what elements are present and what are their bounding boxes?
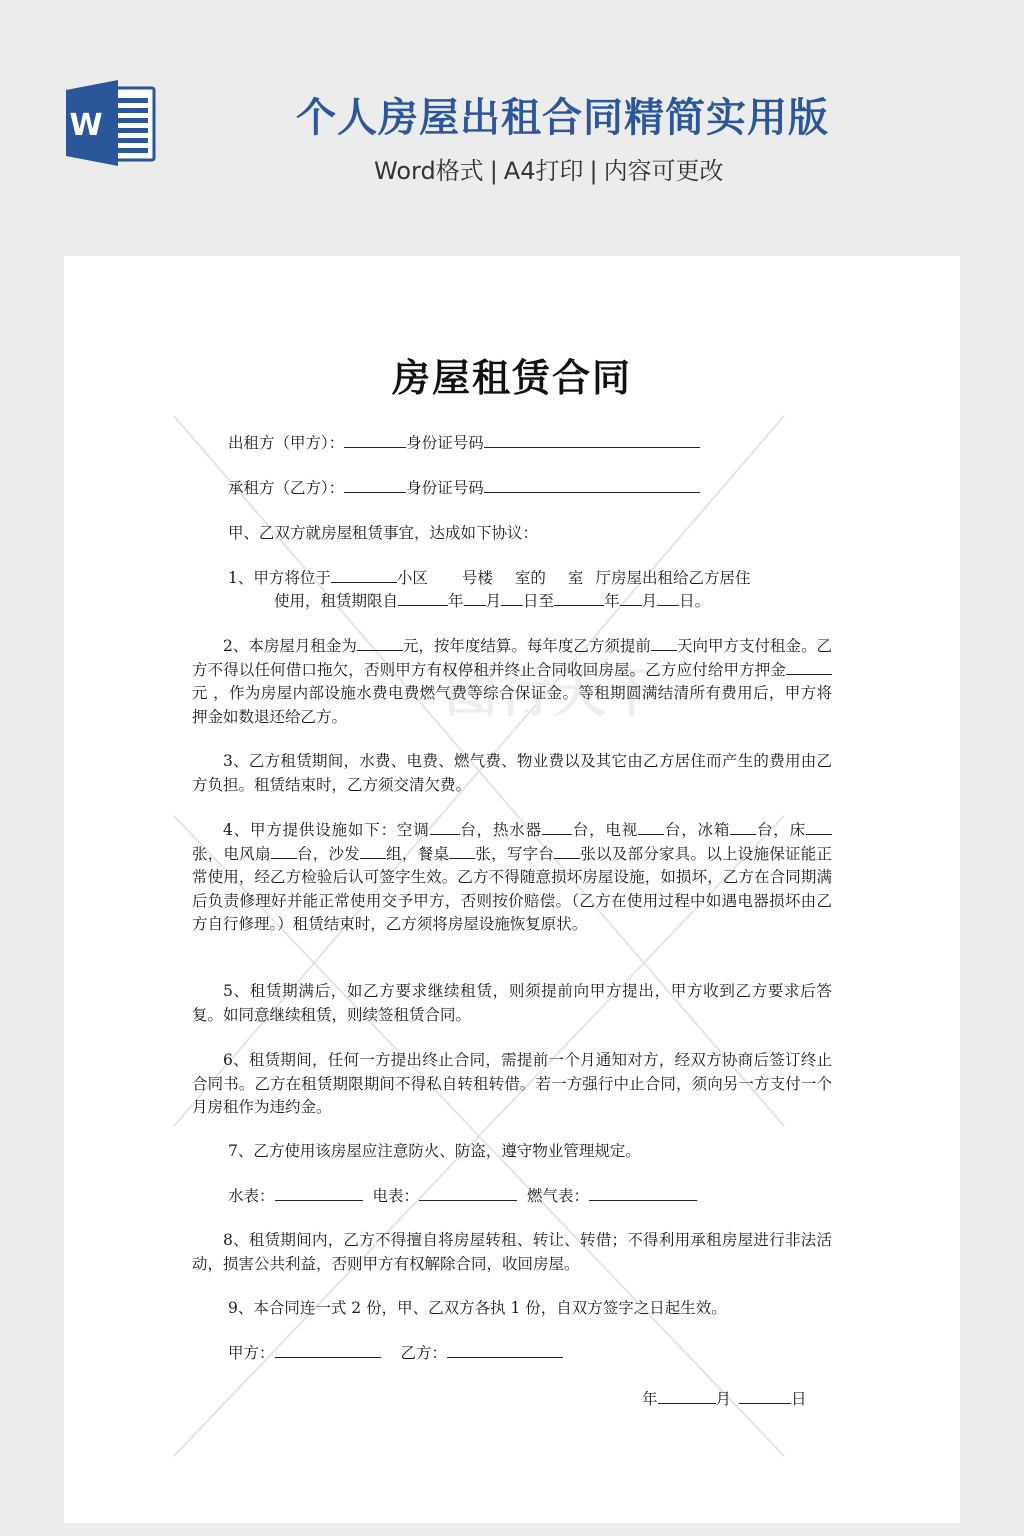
bed-count-field[interactable]	[806, 819, 832, 835]
party-a-name-field[interactable]	[344, 432, 406, 448]
clause-7: 7、乙方使用该房屋应注意防火、防盗，遵守物业管理规定。	[228, 1140, 641, 1164]
clause-1-line-1: 1、甲方将位于小区号楼室的室厅房屋出租给乙方居住	[228, 567, 750, 591]
party-b-signature-field[interactable]	[447, 1342, 563, 1358]
subtitle-separator: |	[490, 154, 498, 188]
signature-line: 甲方：乙方：	[228, 1342, 563, 1366]
start-day-field[interactable]	[501, 590, 523, 606]
clause-2: 2、本房屋月租金为元，按年度结算。每年度乙方须提前天向甲方支付租金。乙方不得以任…	[192, 635, 832, 729]
party-a-signature-field[interactable]	[275, 1342, 381, 1358]
dining-table-count-field[interactable]	[449, 843, 475, 859]
document-page: 图行天下 房屋租赁合同 出租方（甲方）：身份证号码 承租方（乙方）：身份证号码 …	[64, 256, 960, 1523]
svg-text:W: W	[69, 108, 102, 143]
signing-date: 年月日	[642, 1388, 807, 1412]
party-b-line: 承租方（乙方）：身份证号码	[228, 477, 700, 501]
electric-meter-field[interactable]	[419, 1185, 517, 1201]
sofa-count-field[interactable]	[360, 843, 386, 859]
water-heater-count-field[interactable]	[542, 819, 572, 835]
clause-4: 4、甲方提供设施如下：空调台，热水器台，电视台，冰箱台，床张，电风扇台，沙发组，…	[192, 819, 832, 937]
water-meter-field[interactable]	[275, 1185, 363, 1201]
advance-days-field[interactable]	[651, 635, 677, 651]
subtitle-separator: |	[589, 154, 597, 188]
party-a-id-field[interactable]	[484, 432, 700, 448]
air-conditioner-count-field[interactable]	[430, 819, 460, 835]
clause-3: 3、乙方租赁期间，水费、电费、燃气费、物业费以及其它由乙方居住而产生的费用由乙方…	[192, 750, 832, 797]
fridge-count-field[interactable]	[730, 819, 756, 835]
banner-title: 个人房屋出租合同精简实用版	[296, 92, 829, 144]
clause-5: 5、租赁期满后，如乙方要求继续租赁，则须提前向甲方提出，甲方收到乙方要求后答复。…	[192, 980, 832, 1027]
party-b-name-field[interactable]	[344, 477, 406, 493]
fan-count-field[interactable]	[271, 843, 297, 859]
gas-meter-field[interactable]	[589, 1185, 697, 1201]
clause-9: 9、本合同连一式 2 份，甲、乙双方各执 1 份，自双方签字之日起生效。	[228, 1297, 727, 1321]
end-day-field[interactable]	[657, 590, 679, 606]
subtitle-print: A4打印	[504, 157, 584, 185]
meter-readings: 水表：电表：燃气表：	[228, 1185, 697, 1209]
monthly-rent-field[interactable]	[357, 635, 403, 651]
end-year-field[interactable]	[554, 590, 604, 606]
address-field[interactable]	[331, 567, 397, 583]
sign-month-field[interactable]	[739, 1388, 791, 1404]
tv-count-field[interactable]	[638, 819, 664, 835]
preamble: 甲、乙双方就房屋租赁事宜，达成如下协议：	[228, 522, 538, 546]
subtitle-editable: 内容可更改	[604, 157, 724, 185]
banner-subtitle: Word格式|A4打印|内容可更改	[374, 154, 724, 188]
subtitle-format: Word格式	[374, 157, 484, 185]
word-document-icon: W	[64, 80, 156, 166]
desk-count-field[interactable]	[554, 843, 580, 859]
sign-year-field[interactable]	[658, 1388, 716, 1404]
clause-6: 6、租赁期间，任何一方提出终止合同，需提前一个月通知对方，经双方协商后签订终止合…	[192, 1049, 832, 1120]
party-b-id-field[interactable]	[484, 477, 700, 493]
start-year-field[interactable]	[398, 590, 448, 606]
party-a-line: 出租方（甲方）：身份证号码	[228, 432, 700, 456]
deposit-field[interactable]	[786, 659, 832, 675]
document-title: 房屋租赁合同	[64, 352, 960, 404]
clause-8: 8、租赁期间内，乙方不得擅自将房屋转租、转让、转借；不得利用承租房屋进行非法活动…	[192, 1229, 832, 1276]
start-month-field[interactable]	[464, 590, 486, 606]
end-month-field[interactable]	[620, 590, 642, 606]
clause-1-line-2: 使用，租赁期限自年月日至年月日。	[274, 590, 710, 614]
